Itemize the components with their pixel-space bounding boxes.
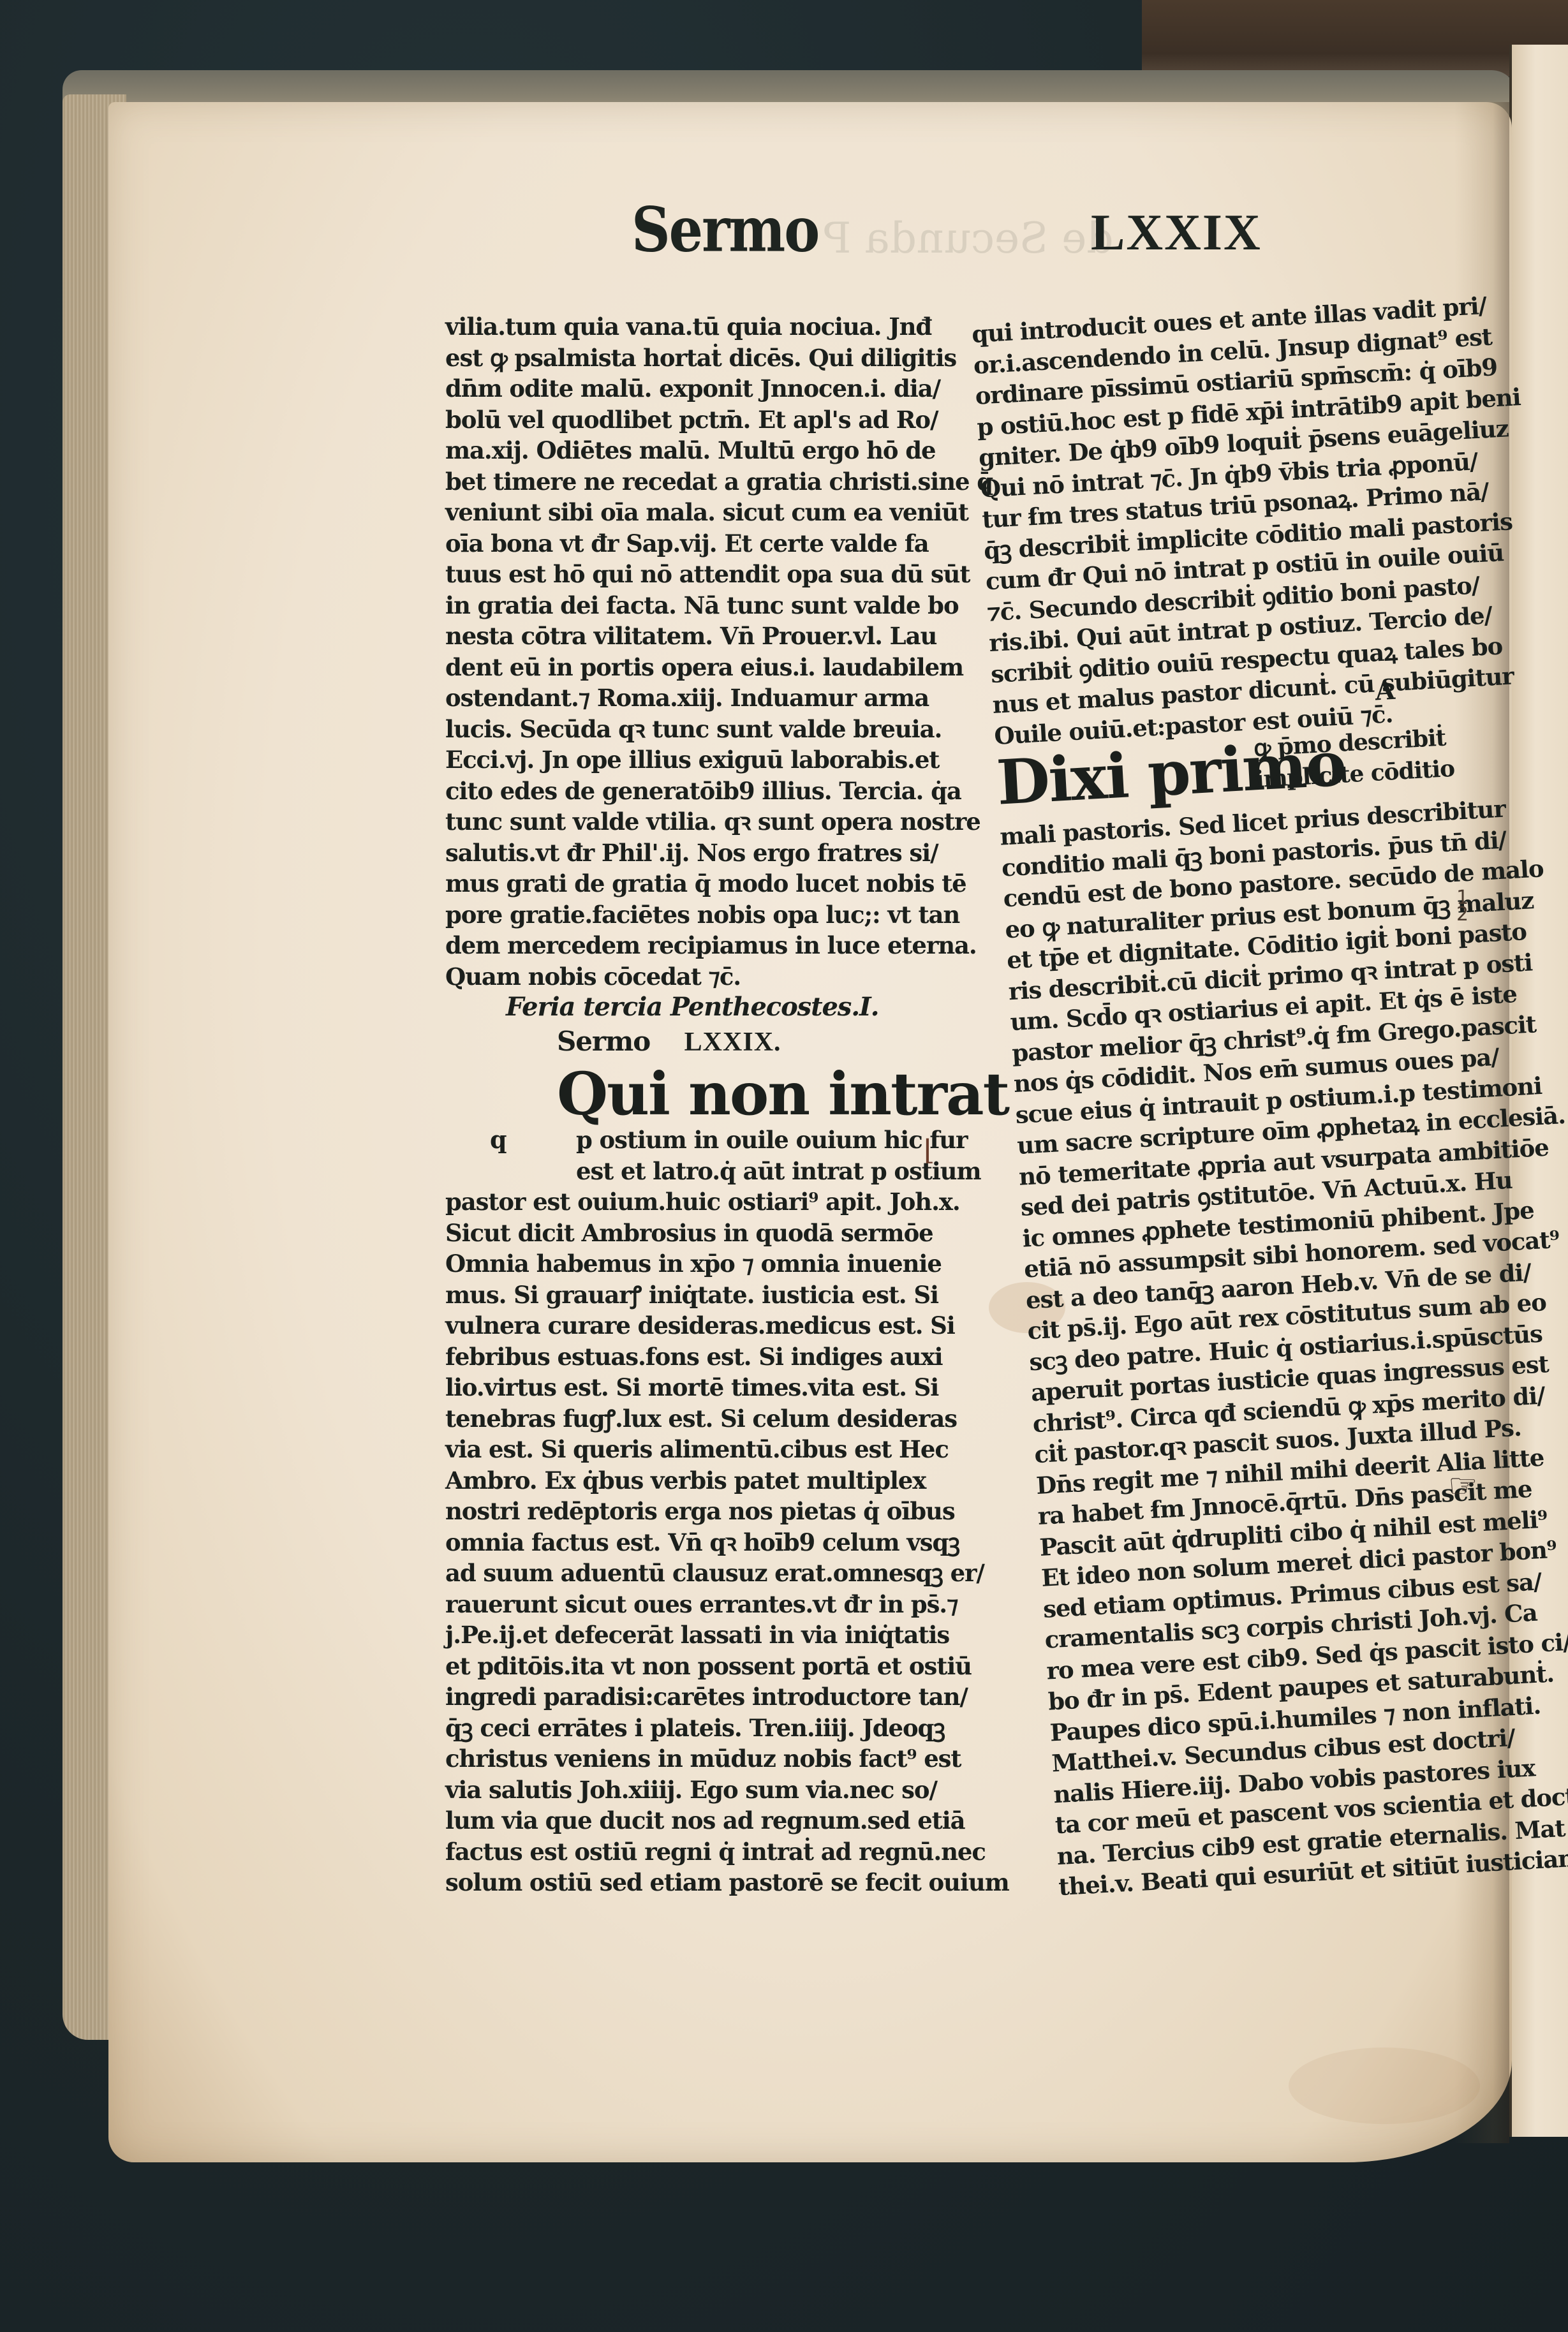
text-line: omnia factus est. Vn̄ qꝛ hoīb9 celum vsq… xyxy=(445,1527,930,1558)
left-column-body-text: pastor est ouium.huic ostiari⁹ apit. Joh… xyxy=(445,1186,930,1898)
text-line: ingredi paradisi:carētes introductore ta… xyxy=(445,1681,930,1713)
text-line: Ecci.vj. Jn ope illius exiguū laborabis.… xyxy=(445,744,930,776)
text-line: lum via que ducit nos ad regnum.sed etiā xyxy=(445,1805,930,1836)
text-line: q̄ꝫ ceci errātes i plateis. Tren.iiij. J… xyxy=(445,1713,930,1744)
text-line: dn̄m odite malū. exponit Jnnocen.i. dia/ xyxy=(445,373,930,404)
text-line: veniunt sibi oīa mala. sicut cum ea veni… xyxy=(445,497,930,528)
text-line: solum ostiū sed etiam pastorē se fecit o… xyxy=(445,1867,930,1898)
section-incipit-side: ꝙ p̄mo describiṫ implicite cōditio xyxy=(1253,722,1455,795)
text-line: Sicut dicit Ambrosius in quodā sermōe xyxy=(445,1218,930,1249)
folio-number: LXXIX xyxy=(1091,204,1262,262)
text-line: cito edes de generatōib9 illius. Tercia.… xyxy=(445,776,930,807)
guide-letter: q xyxy=(490,1125,506,1156)
text-line: p ostium in ouile ouium hic fur xyxy=(445,1125,930,1156)
text-line: nostri redēptoris erga nos pietas q̇ oīb… xyxy=(445,1496,930,1527)
text-line: tuus est hō qui nō attendit opa sua dū s… xyxy=(445,559,930,590)
left-column-opening-text: vilia.tum quia vana.tū quia nociua. Jnđ … xyxy=(445,311,930,992)
text-line: rauerunt sicut oues errantes.vt đr in ps… xyxy=(445,1589,930,1620)
left-text-column: vilia.tum quia vana.tū quia nociua. Jnđ … xyxy=(445,311,930,1898)
text-line: Ambro. Ex q̇bus verbis patet multiplex xyxy=(445,1465,930,1496)
text-line: bolū vel quodlibet pctm̄. Et apl's ad Ro… xyxy=(445,404,930,436)
foxing-stain xyxy=(1289,2048,1480,2124)
text-line: est et latro.q̇ aūt intrat p ostium xyxy=(445,1156,930,1187)
text-line: in gratia dei facta. Nā tunc sunt valde … xyxy=(445,590,930,621)
text-line: pastor est ouium.huic ostiari⁹ apit. Joh… xyxy=(445,1186,930,1218)
bracket-mark-icon: ⌊ xyxy=(924,1134,935,1167)
right-column-body-text: mali pastoris. Sed licet prius describit… xyxy=(999,794,1544,1902)
text-line: christus veniens in mūduz nobis fact⁹ es… xyxy=(445,1743,930,1775)
text-line: tunc sunt valde vtilia. qꝛ sunt opera no… xyxy=(445,806,930,838)
sermon-heading: Sermo LXXIX. xyxy=(445,1026,930,1063)
text-line: vulnera curare desideras.medicus est. Si xyxy=(445,1310,930,1341)
text-line: ostendant.⁊ Roma.xiij. Induamur arma xyxy=(445,683,930,714)
text-line: est ꝙ psalmista hortaṫ dicēs. Qui diligi… xyxy=(445,343,930,374)
text-line: lucis. Secūda qꝛ tunc sunt valde breuia. xyxy=(445,714,930,745)
text-line: pore gratie.faciētes nobis opa luc;: vt … xyxy=(445,899,930,931)
text-line: ad suum aduentū clausuz erat.omnesqꝫ er/ xyxy=(445,1558,930,1589)
binding-board xyxy=(1142,0,1568,77)
text-line: dent eū in portis opera eius.i. laudabil… xyxy=(445,652,930,683)
sermon-number: LXXIX. xyxy=(684,1028,781,1057)
text-line: j.Pe.ij.et defecerāt lassati in via iniq… xyxy=(445,1620,930,1651)
text-line: mus grati de gratia q̄ modo lucet nobis … xyxy=(445,868,930,899)
right-column-opening-text: qui introducit oues et ante illas vadit … xyxy=(971,292,1479,751)
text-line: febribus estuas.fons est. Si indiges aux… xyxy=(445,1341,930,1373)
right-text-column: qui introducit oues et ante illas vadit … xyxy=(971,292,1544,1903)
running-head-title: Sermo xyxy=(632,193,818,266)
text-line: factus est ostiū regni q̇ intraṫ ad regn… xyxy=(445,1836,930,1868)
text-line: Omnia habemus in xp̄o ⁊ omnia inuenie xyxy=(445,1248,930,1280)
text-line: bet timere ne recedat a gratia christi.s… xyxy=(445,466,930,498)
text-line: Quam nobis cōcedat ⁊c̄. xyxy=(445,961,930,993)
text-line: et pditōis.ita vt non possent portā et o… xyxy=(445,1651,930,1682)
text-line: via est. Si queris alimentū.cibus est He… xyxy=(445,1434,930,1465)
running-head: de Secunda P Sermo LXXIX xyxy=(632,198,1301,274)
marginal-line-number: 2 xyxy=(1456,903,1468,926)
text-line: mus. Si grauarꝭ iniq̇tate. iusticia est.… xyxy=(445,1280,930,1311)
sermon-label: Sermo xyxy=(557,1026,650,1057)
text-line: via salutis Joh.xiiij. Ego sum via.nec s… xyxy=(445,1775,930,1806)
show-through-text: de Secunda P xyxy=(823,214,1114,263)
initial-block: q p ostium in ouile ouium hic fur est et… xyxy=(445,1125,930,1186)
text-line: nesta cōtra vilitatem. Vn̄ Prouer.vl. La… xyxy=(445,621,930,652)
text-line: dem mercedem recipiamus in luce eterna. xyxy=(445,930,930,961)
paragraph-letter: A xyxy=(1374,675,1395,707)
text-line: lio.virtus est. Si mortē times.vita est.… xyxy=(445,1372,930,1403)
sermon-incipit: Qui non intrat xyxy=(445,1063,930,1125)
text-line: tenebras fugꝭ.lux est. Si celum desidera… xyxy=(445,1403,930,1435)
rubric-heading: Feria tercia Penthecostes.I. xyxy=(445,992,930,1026)
text-line: ma.xij. Odiētes malū. Multū ergo hō de xyxy=(445,435,930,466)
manicule-icon: ☞ xyxy=(1448,1467,1478,1505)
text-line: salutis.vt đr Phil'.ij. Nos ergo fratres… xyxy=(445,838,930,869)
text-line: vilia.tum quia vana.tū quia nociua. Jnđ xyxy=(445,311,930,343)
text-line: oīa bona vt đr Sap.vij. Et certe valde f… xyxy=(445,528,930,559)
